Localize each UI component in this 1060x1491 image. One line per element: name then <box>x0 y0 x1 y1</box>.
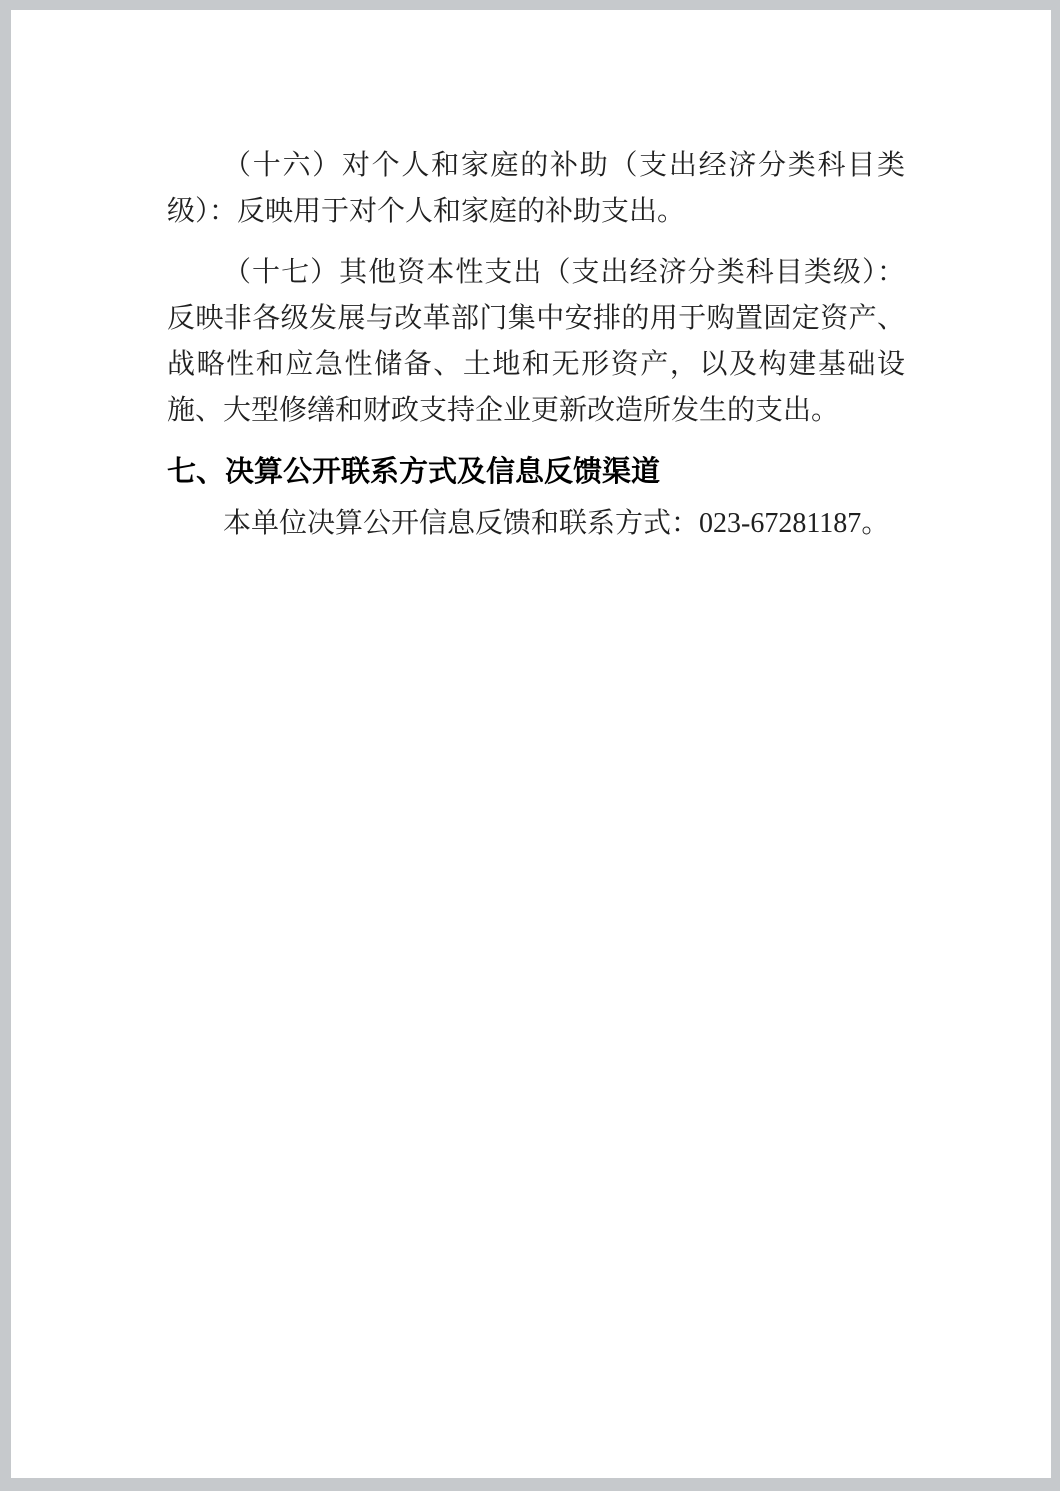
screenshot-root: { "page": { "background_color": "#c6c9cc… <box>0 0 1060 1491</box>
paragraph-contact: 本单位决算公开信息反馈和联系方式：023-67281187。 <box>167 501 905 547</box>
contact-line-prefix: 本单位决算公开信息反馈和联系方式： <box>223 508 699 539</box>
contact-line-suffix: 。 <box>861 508 889 539</box>
contact-phone-number: 023-67281187 <box>699 508 861 539</box>
paragraph-item-16: （十六）对个人和家庭的补助（支出经济分类科目类级）：反映用于对个人和家庭的补助支… <box>167 143 905 235</box>
section-heading-contact: 七、决算公开联系方式及信息反馈渠道 <box>167 449 905 495</box>
paragraph-item-17: （十七）其他资本性支出（支出经济分类科目类级）：反映非各级发展与改革部门集中安排… <box>167 250 905 434</box>
document-page: （十六）对个人和家庭的补助（支出经济分类科目类级）：反映用于对个人和家庭的补助支… <box>11 10 1051 1478</box>
